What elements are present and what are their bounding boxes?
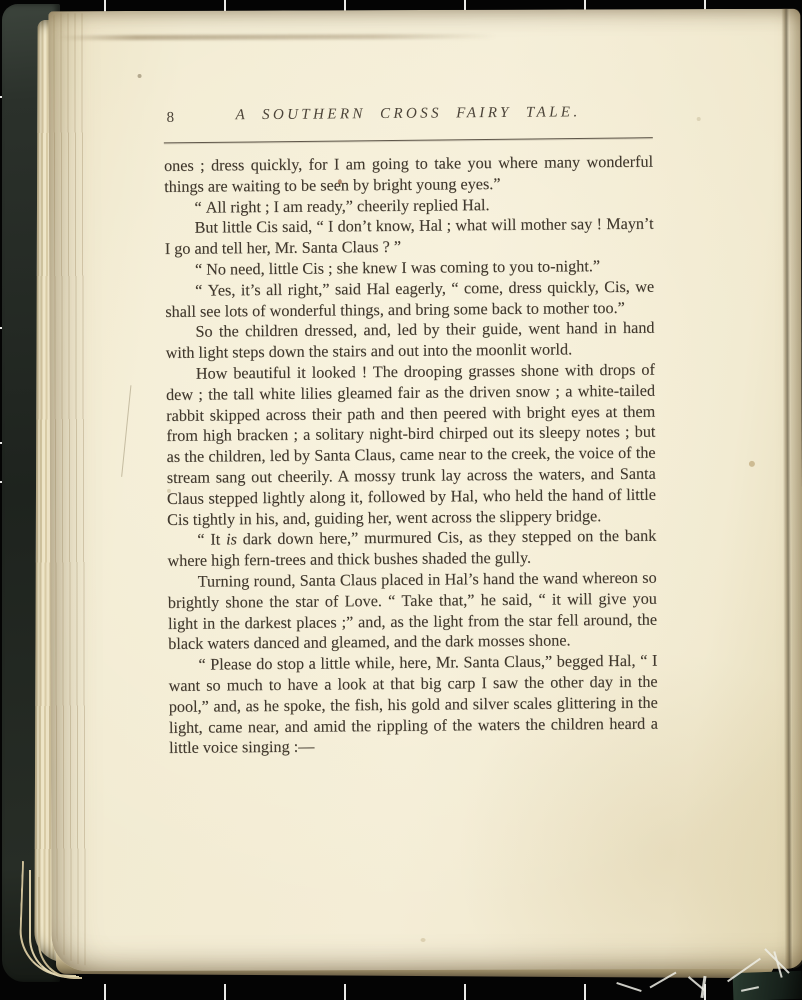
film-tick: [344, 984, 346, 1000]
paragraph-8-post: dark down here,” murmured Cis, as they s…: [167, 527, 656, 570]
foxing-spot: [338, 179, 342, 184]
paragraph-8: “ It is dark down here,” murmured Cis, a…: [167, 526, 656, 572]
paragraph-8-pre: “ It: [197, 531, 226, 549]
foxing-spot: [421, 938, 426, 942]
header-rule: [164, 137, 653, 143]
paragraph-10: “ Please do stop a little while, here, M…: [168, 651, 658, 759]
film-tick: [584, 984, 586, 1000]
book-page: 8 A SOUTHERN CROSS FAIRY TALE. ones ; dr…: [48, 9, 802, 972]
foxing-spot: [697, 117, 701, 121]
foxing-spot: [167, 489, 171, 493]
film-tick: [224, 984, 226, 1000]
body-text: ones ; dress quickly, for I am going to …: [164, 152, 658, 759]
paragraph-7: How beautiful it looked ! The drooping g…: [166, 360, 656, 531]
paragraph-6: So the children dressed, and, led by the…: [165, 318, 654, 364]
paragraph-5: “ Yes, it’s all right,” said Hal eagerly…: [165, 276, 654, 322]
page-header: 8 A SOUTHERN CROSS FAIRY TALE.: [164, 104, 653, 130]
page-top-shadow: [56, 34, 496, 41]
scratch-hairline: [121, 385, 131, 477]
foxing-spot: [749, 461, 755, 467]
paragraph-9: Turning round, Santa Claus placed in Hal…: [168, 568, 658, 655]
paragraph-8-italic: is: [226, 531, 237, 549]
running-title: A SOUTHERN CROSS FAIRY TALE.: [164, 104, 653, 125]
foxing-spot: [138, 74, 142, 78]
page-right-curl: [789, 9, 802, 969]
paragraph-3: But little Cis said, “ I don’t know, Hal…: [165, 214, 654, 260]
book-cover-corner: [733, 971, 802, 1000]
scanned-book-photo: 8 A SOUTHERN CROSS FAIRY TALE. ones ; dr…: [0, 0, 802, 1000]
film-scratch: [616, 982, 641, 992]
film-tick: [104, 984, 106, 1000]
film-tick: [464, 984, 466, 1000]
page-content: 8 A SOUTHERN CROSS FAIRY TALE. ones ; dr…: [163, 7, 652, 11]
paragraph-1: ones ; dress quickly, for I am going to …: [164, 152, 653, 198]
